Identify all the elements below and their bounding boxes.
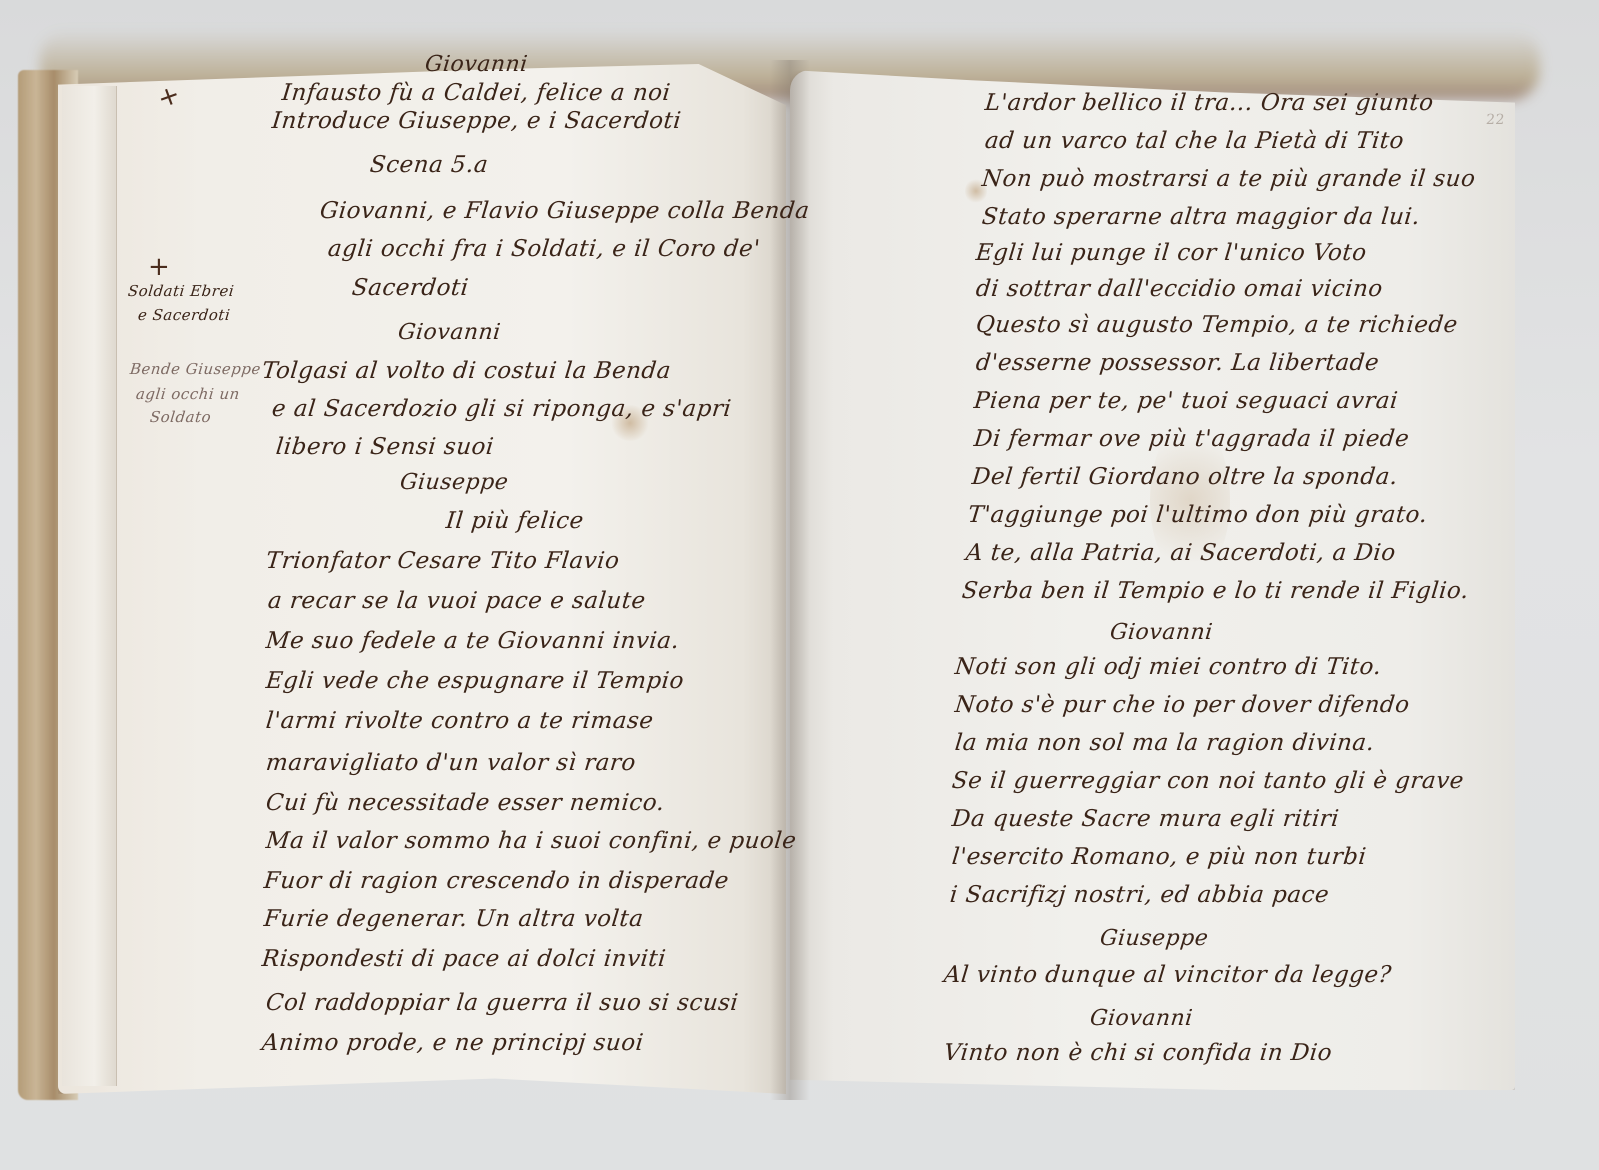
verse-line: A te, alla Patria, ai Sacerdoti, a Dio [965, 540, 1397, 566]
verse-line: Me suo fedele a te Giovanni invia. [265, 628, 681, 654]
speaker-label: Giovanni [424, 52, 529, 77]
verse-line: Al vinto dunque al vincitor da legge? [943, 962, 1393, 988]
verse-line: Egli lui punge il cor l'unico Voto [975, 240, 1368, 266]
margin-cross-mark: + [148, 252, 170, 282]
speaker-label: Giovanni [1109, 620, 1214, 645]
margin-note-faint: Soldato [149, 408, 212, 426]
verse-line: Tolgasi al volto di costui la Benda [261, 358, 673, 384]
verse-line: l'armi rivolte contro a te rimase [265, 708, 655, 734]
verse-line: Del fertil Giordano oltre la sponda. [971, 464, 1399, 490]
verse-line: libero i Sensi suoi [275, 434, 496, 460]
scene-heading: Scena 5.a [369, 152, 490, 178]
binding-stub [62, 86, 117, 1086]
verse-line: a recar se la vuoi pace e salute [267, 588, 647, 614]
verse-line: Cui fù necessitade esser nemico. [265, 790, 666, 816]
page-number: 22 [1485, 112, 1506, 128]
margin-note: Soldati Ebrei [127, 282, 235, 300]
speaker-label: Giovanni [397, 320, 502, 345]
stage-direction: agli occhi fra i Soldati, e il Coro de' [327, 236, 762, 262]
verse-line: T'aggiunge poi l'ultimo don più grato. [967, 502, 1429, 528]
verse-line: Rispondesti di pace ai dolci inviti [261, 946, 668, 972]
verse-line: l'esercito Romano, e più non turbi [951, 844, 1368, 870]
verse-line: Serba ben il Tempio e lo ti rende il Fig… [961, 578, 1470, 604]
verse-line: Stato sperarne altra maggior da lui. [981, 204, 1422, 230]
verse-line: i Sacrifizj nostri, ed abbia pace [949, 882, 1331, 908]
verse-line: Egli vede che espugnare il Tempio [265, 668, 686, 694]
verse-line: Ma il valor sommo ha i suoi confini, e p… [265, 828, 798, 854]
stage-direction: Introduce Giuseppe, e i Sacerdoti [271, 108, 683, 134]
verse-line: Di fermar ove più t'aggrada il piede [973, 426, 1411, 452]
margin-note: e Sacerdoti [137, 306, 231, 324]
verse-line: Da queste Sacre mura egli ritiri [951, 806, 1341, 832]
speaker-label: Giuseppe [399, 470, 510, 495]
verse-line: Infausto fù a Caldei, felice a noi [281, 80, 672, 106]
verse-line: d'esserne possessor. La libertade [975, 350, 1381, 376]
verse-line: Noto s'è pur che io per dover difendo [954, 692, 1411, 718]
stage-direction: Sacerdoti [351, 275, 470, 301]
verse-line: Non può mostrarsi a te più grande il suo [981, 166, 1477, 192]
verse-line: Se il guerreggiar con noi tanto gli è gr… [951, 768, 1466, 794]
verse-line: ad un varco tal che la Pietà di Tito [984, 128, 1406, 154]
verse-line: Piena per te, pe' tuoi seguaci avrai [973, 388, 1400, 414]
verse-line: Il più felice [445, 508, 586, 534]
verse-line: Noti son gli odj miei contro di Tito. [954, 654, 1383, 680]
verse-line: L'ardor bellico il tra... Ora sei giunto [984, 90, 1435, 116]
verse-line: Questo sì augusto Tempio, a te richiede [975, 312, 1460, 338]
verse-line: Furie degenerar. Un altra volta [263, 906, 645, 932]
verse-line: Col raddoppiar la guerra il suo si scusi [265, 990, 740, 1016]
verse-line: Fuor di ragion crescendo in disperade [263, 868, 731, 894]
stage-direction: Giovanni, e Flavio Giuseppe colla Benda [319, 198, 811, 224]
speaker-label: Giovanni [1089, 1006, 1194, 1031]
margin-note-faint: agli occhi un [135, 385, 241, 403]
margin-note-faint: Bende Giuseppe [129, 360, 262, 378]
verse-line: di sottrar dall'eccidio omai vicino [975, 276, 1384, 302]
verse-line: la mia non sol ma la ragion divina. [954, 730, 1376, 756]
verse-line: Trionfator Cesare Tito Flavio [265, 548, 621, 574]
speaker-label: Giuseppe [1099, 926, 1210, 951]
verse-line: Vinto non è chi si confida in Dio [943, 1040, 1334, 1066]
verse-line: Animo prode, e ne principj suoi [261, 1030, 645, 1056]
verse-line: maravigliato d'un valor sì raro [265, 750, 638, 776]
verse-line: e al Sacerdozio gli si riponga, e s'apri [271, 396, 733, 422]
